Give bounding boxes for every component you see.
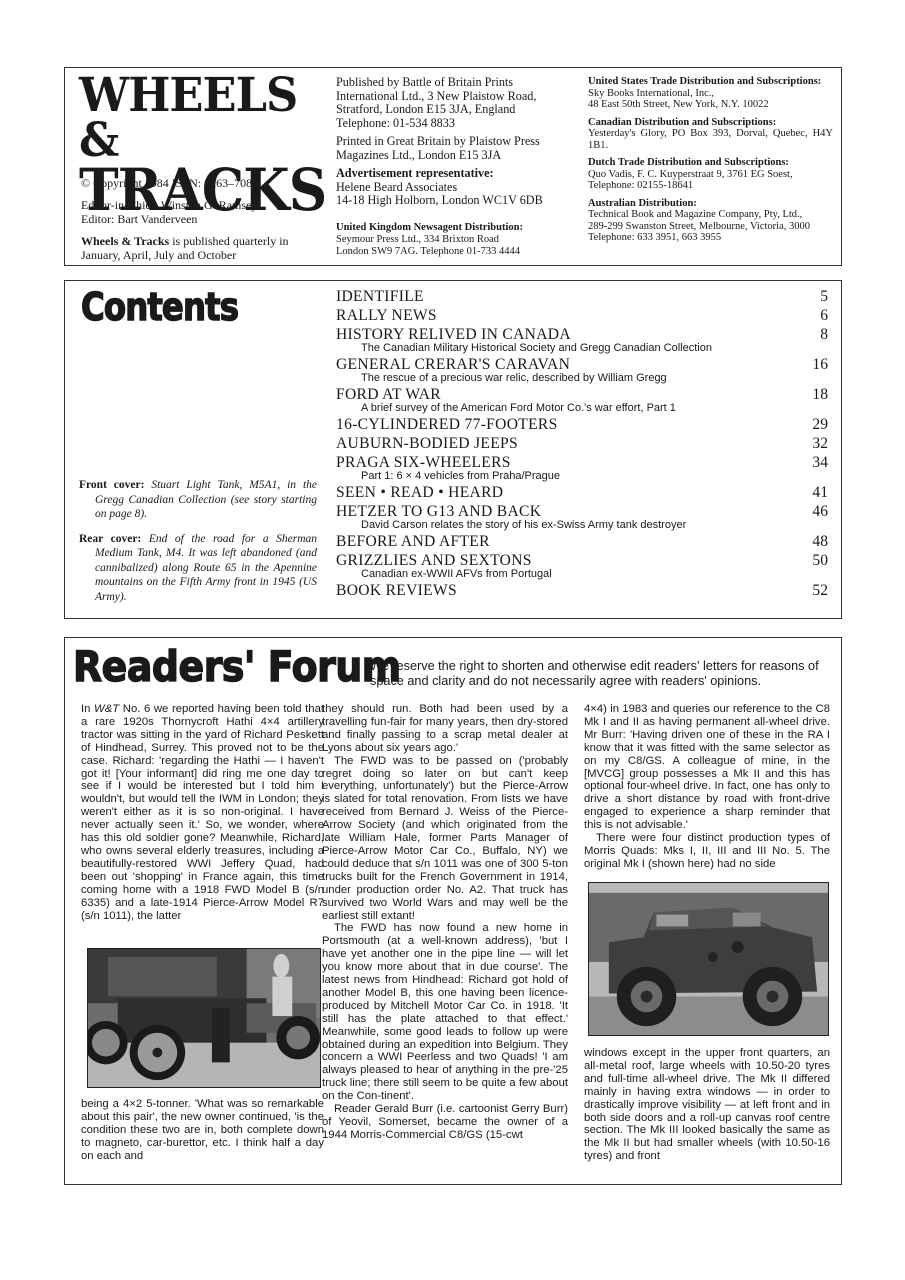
- toc-entry-title: HETZER TO G13 AND BACK: [336, 503, 828, 520]
- toc-entry: HETZER TO G13 AND BACK46David Carson rel…: [336, 503, 828, 531]
- toc-entry-subtitle: Canadian ex-WWII AFVs from Portugal: [336, 568, 828, 580]
- toc-entry: 16-CYLINDERED 77-FOOTERS29: [336, 416, 828, 433]
- toc-entry-title: BOOK REVIEWS: [336, 582, 828, 599]
- toc-entry-page: 34: [812, 454, 828, 471]
- toc-entry-page: 32: [812, 435, 828, 452]
- canadian-distribution: Canadian Distribution and Subscriptions:…: [588, 117, 833, 152]
- readers-forum-section: Readers' Forum We reserve the right to s…: [64, 637, 842, 1185]
- uk-line-1: Seymour Press Ltd., 334 Brixton Road: [336, 234, 499, 245]
- dutch-distribution: Dutch Trade Distribution and Subscriptio…: [588, 157, 833, 192]
- toc-entry-subtitle: Part 1: 6 × 4 vehicles from Praha/Prague: [336, 470, 828, 482]
- toc-entry-title: GRIZZLIES AND SEXTONS: [336, 552, 828, 569]
- paragraph: The FWD was to be passed on ('probably r…: [322, 755, 568, 923]
- toc-entry: RALLY NEWS6: [336, 307, 828, 324]
- toc-entry-title: FORD AT WAR: [336, 386, 828, 403]
- nl-text: Quo Vadis, F. C. Kuyperstraat 9, 3761 EG…: [588, 169, 793, 180]
- paragraph: In W&T No. 6 we reported having been tol…: [81, 703, 324, 922]
- toc-entry-title: HISTORY RELIVED IN CANADA: [336, 326, 828, 343]
- toc-entry: GENERAL CRERAR'S CARAVAN16The rescue of …: [336, 356, 828, 384]
- publisher-text: Published by Battle of Britain Prints In…: [336, 75, 536, 116]
- lead-prefix: In: [81, 703, 94, 715]
- publication-name: Wheels & Tracks: [81, 234, 169, 248]
- toc-entry-page: 29: [812, 416, 828, 433]
- uk-distribution: United Kingdom Newsagent Distribution:Se…: [336, 222, 576, 258]
- paragraph: 4×4) in 1983 and queries our reference t…: [584, 703, 830, 832]
- toc-entry-title: 16-CYLINDERED 77-FOOTERS: [336, 416, 828, 433]
- photo-fwd-pierce-arrow-trucks: [87, 948, 321, 1088]
- contents-section: Contents Front cover: Stuart Light Tank,…: [64, 280, 842, 619]
- toc-entry-page: 50: [812, 552, 828, 569]
- us-distribution: United States Trade Distribution and Sub…: [588, 76, 833, 111]
- paragraph: The FWD has now found a new home in Port…: [322, 922, 568, 1103]
- toc-entry-page: 48: [812, 533, 828, 550]
- publisher-telephone: Telephone: 01-534 8833: [336, 116, 455, 130]
- front-cover-label: Front cover:: [79, 479, 144, 491]
- toc-entry-title: BEFORE AND AFTER: [336, 533, 828, 550]
- toc-entry-page: 52: [812, 582, 828, 599]
- forum-column-2: they should run. Both had been used by a…: [322, 703, 568, 1142]
- editors: Editor-in-Chief: Winston G. Ramsey Edito…: [81, 198, 331, 227]
- australian-distribution: Australian Distribution:Technical Book a…: [588, 198, 833, 244]
- toc-entry: BOOK REVIEWS52: [336, 582, 828, 599]
- rear-cover-label: Rear cover:: [79, 533, 141, 545]
- masthead: WHEELS & TRACKS © Copyright 1984 ISSN: 0…: [64, 67, 842, 266]
- ad-name: Helene Beard Associates: [336, 180, 457, 194]
- toc-entry: GRIZZLIES AND SEXTONS50Canadian ex-WWII …: [336, 552, 828, 580]
- paragraph: There were four distinct production type…: [584, 832, 830, 871]
- contents-heading: Contents: [81, 285, 238, 329]
- toc-entry: SEEN • READ • HEARD41: [336, 484, 828, 501]
- logo-line-1: WHEELS &: [79, 74, 317, 163]
- toc-entry: AUBURN-BODIED JEEPS32: [336, 435, 828, 452]
- toc-entry-page: 18: [812, 386, 828, 403]
- toc-entry-title: SEEN • READ • HEARD: [336, 484, 828, 501]
- forum-column-1-continued: being a 4×2 5-tonner. 'What was so remar…: [81, 1098, 324, 1163]
- forum-column-3: 4×4) in 1983 and queries our reference t…: [584, 703, 830, 871]
- forum-column-1: In W&T No. 6 we reported having been tol…: [81, 703, 324, 922]
- photo-morris-quad-mk1: [588, 882, 829, 1036]
- copyright: © Copyright 1984 ISSN: 0263–7081: [81, 176, 331, 191]
- publisher-info: Published by Battle of Britain Prints In…: [336, 76, 576, 263]
- ca-text: Yesterday's Glory, PO Box 393, Dorval, Q…: [588, 128, 833, 151]
- us-heading: United States Trade Distribution and Sub…: [588, 76, 821, 87]
- toc-entry-page: 5: [820, 288, 828, 305]
- toc-entry-page: 8: [820, 326, 828, 343]
- toc-entry-page: 46: [812, 503, 828, 520]
- editor: Editor: Bart Vanderveen: [81, 212, 197, 226]
- advertising-contact: Advertisement representative:Helene Bear…: [336, 167, 576, 208]
- toc-entry: BEFORE AND AFTER48: [336, 533, 828, 550]
- au-line-2: 289-299 Swanston Street, Melbourne, Vict…: [588, 221, 810, 232]
- forum-heading: Readers' Forum: [73, 642, 401, 691]
- paragraph-text: No. 6 we reported having been told that …: [81, 703, 324, 922]
- toc-entry: IDENTIFILE5: [336, 288, 828, 305]
- toc-entry-page: 41: [812, 484, 828, 501]
- us-line-2: 48 East 50th Street, New York, N.Y. 1002…: [588, 99, 769, 110]
- toc-entry: HISTORY RELIVED IN CANADA8The Canadian M…: [336, 326, 828, 354]
- paragraph: being a 4×2 5-tonner. 'What was so remar…: [81, 1098, 324, 1163]
- paragraph: Reader Gerald Burr (i.e. cartoonist Gerr…: [322, 1103, 568, 1142]
- toc-entry: FORD AT WAR18A brief survey of the Ameri…: [336, 386, 828, 414]
- vintage-truck-photo-icon: [88, 949, 320, 1087]
- table-of-contents: IDENTIFILE5RALLY NEWS6HISTORY RELIVED IN…: [336, 288, 828, 601]
- forum-disclaimer: We reserve the right to shorten and othe…: [370, 659, 832, 688]
- toc-entry-subtitle: A brief survey of the American Ford Moto…: [336, 402, 828, 414]
- toc-entry-title: RALLY NEWS: [336, 307, 828, 324]
- armoured-vehicle-photo-icon: [589, 883, 828, 1035]
- toc-entry-title: GENERAL CRERAR'S CARAVAN: [336, 356, 828, 373]
- toc-entry-title: PRAGA SIX-WHEELERS: [336, 454, 828, 471]
- front-cover-caption: Front cover: Stuart Light Tank, M5A1, in…: [79, 478, 317, 522]
- toc-entry-page: 16: [812, 356, 828, 373]
- toc-entry-title: AUBURN-BODIED JEEPS: [336, 435, 828, 452]
- distribution-info: United States Trade Distribution and Sub…: [588, 76, 833, 250]
- au-line-1: Technical Book and Magazine Company, Pty…: [588, 209, 802, 220]
- toc-entry-subtitle: David Carson relates the story of his ex…: [336, 519, 828, 531]
- toc-entry-subtitle: The Canadian Military Historical Society…: [336, 342, 828, 354]
- toc-entry-title: IDENTIFILE: [336, 288, 828, 305]
- au-telephone: Telephone: 633 3951, 663 3955: [588, 232, 721, 243]
- magazine-abbrev: W&T: [94, 703, 119, 715]
- publisher: Published by Battle of Britain Prints In…: [336, 76, 576, 130]
- paragraph: windows except in the upper front quarte…: [584, 1047, 830, 1163]
- ad-heading: Advertisement representative:: [336, 166, 494, 180]
- rear-cover-caption: Rear cover: End of the road for a Sherma…: [79, 532, 317, 605]
- cover-captions: Front cover: Stuart Light Tank, M5A1, in…: [79, 478, 317, 614]
- editor-in-chief: Editor-in-Chief: Winston G. Ramsey: [81, 198, 257, 212]
- toc-entry-subtitle: The rescue of a precious war relic, desc…: [336, 372, 828, 384]
- us-line-1: Sky Books International, Inc.,: [588, 88, 714, 99]
- publication-schedule: Wheels & Tracks is published quarterly i…: [81, 234, 331, 263]
- nl-heading: Dutch Trade Distribution and Subscriptio…: [588, 157, 789, 168]
- toc-entry-page: 6: [820, 307, 828, 324]
- toc-entry: PRAGA SIX-WHEELERS34Part 1: 6 × 4 vehicl…: [336, 454, 828, 482]
- nl-telephone: Telephone: 02155-18641: [588, 180, 693, 191]
- forum-column-3-continued: windows except in the upper front quarte…: [584, 1047, 830, 1163]
- uk-heading: United Kingdom Newsagent Distribution:: [336, 222, 523, 233]
- paragraph: they should run. Both had been used by a…: [322, 703, 568, 755]
- printer: Printed in Great Britain by Plaistow Pre…: [336, 135, 576, 162]
- uk-line-2: London SW9 7AG. Telephone 01-733 4444: [336, 246, 520, 257]
- masthead-credits: © Copyright 1984 ISSN: 0263–7081 Editor-…: [81, 176, 331, 270]
- au-heading: Australian Distribution:: [588, 198, 697, 209]
- ad-address: 14-18 High Holborn, London WC1V 6DB: [336, 193, 543, 207]
- ca-heading: Canadian Distribution and Subscriptions:: [588, 117, 776, 128]
